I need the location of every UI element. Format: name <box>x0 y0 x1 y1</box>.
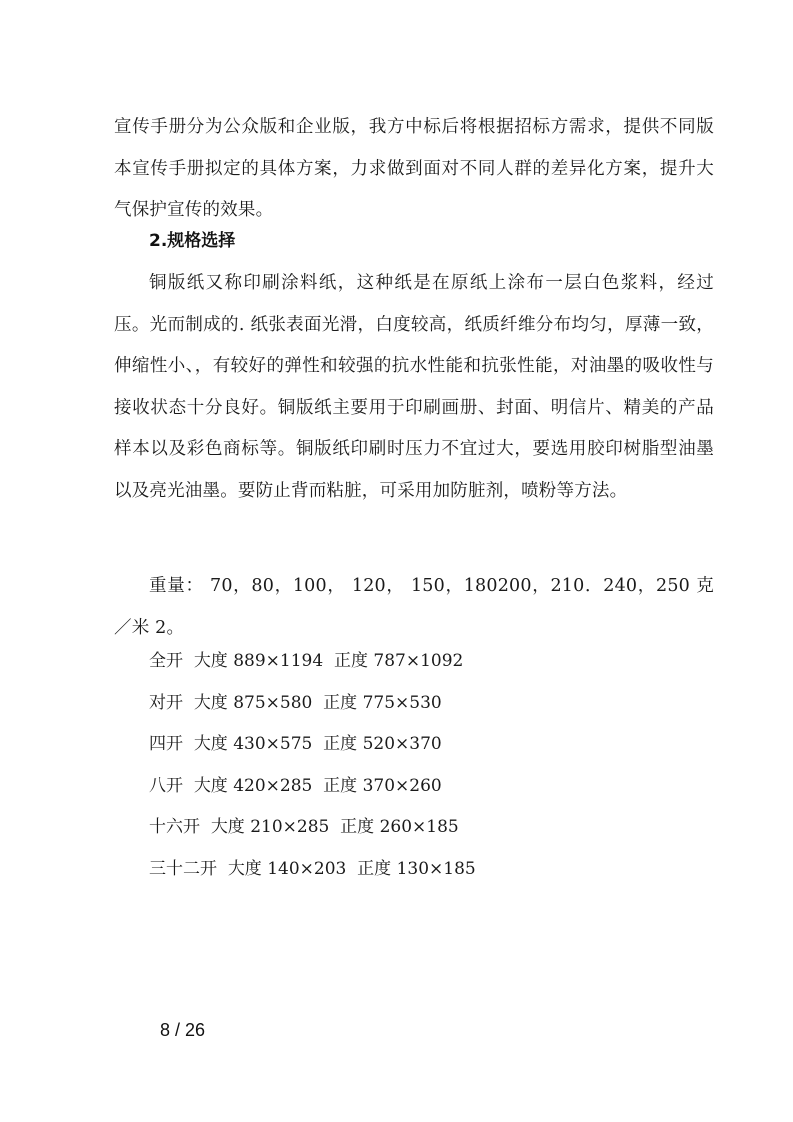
size-name: 八开 <box>149 776 183 796</box>
large-size: 210×285 <box>250 817 329 837</box>
size-name: 十六开 <box>149 817 200 837</box>
weight-paragraph: 重量： 70，80，100， 120， 150，180200，210．240，2… <box>114 566 714 649</box>
large-size: 875×580 <box>233 693 312 713</box>
paper-size-list: 全开 大度 889×1194 正度 787×1092 对开 大度 875×580… <box>149 641 476 890</box>
section-heading: 2.规格选择 <box>149 226 235 256</box>
large-size: 420×285 <box>233 776 312 796</box>
standard-label: 正度 <box>323 776 357 796</box>
large-label: 大度 <box>194 693 228 713</box>
standard-label: 正度 <box>323 734 357 754</box>
size-name: 三十二开 <box>149 859 217 879</box>
standard-size: 370×260 <box>363 776 442 796</box>
large-label: 大度 <box>211 817 245 837</box>
size-row: 对开 大度 875×580 正度 775×530 <box>149 683 476 725</box>
large-label: 大度 <box>194 776 228 796</box>
document-page: 宣传手册分为公众版和企业版，我方中标后将根据招标方需求，提供不同版本宣传手册拟定… <box>0 0 793 1122</box>
large-label: 大度 <box>228 859 262 879</box>
page-number: 8 / 26 <box>160 1020 205 1041</box>
standard-size: 130×185 <box>397 859 476 879</box>
standard-label: 正度 <box>357 859 391 879</box>
large-size: 889×1194 <box>233 651 323 671</box>
standard-size: 787×1092 <box>373 651 463 671</box>
intro-paragraph: 宣传手册分为公众版和企业版，我方中标后将根据招标方需求，提供不同版本宣传手册拟定… <box>114 107 714 232</box>
large-size: 140×203 <box>267 859 346 879</box>
standard-size: 775×530 <box>363 693 442 713</box>
large-label: 大度 <box>194 651 228 671</box>
size-row: 全开 大度 889×1194 正度 787×1092 <box>149 641 476 683</box>
size-name: 对开 <box>149 693 183 713</box>
standard-label: 正度 <box>334 651 368 671</box>
standard-size: 520×370 <box>363 734 442 754</box>
standard-size: 260×185 <box>380 817 459 837</box>
size-row: 十六开 大度 210×285 正度 260×185 <box>149 807 476 849</box>
size-row: 三十二开 大度 140×203 正度 130×185 <box>149 849 476 891</box>
large-label: 大度 <box>194 734 228 754</box>
large-size: 430×575 <box>233 734 312 754</box>
size-row: 四开 大度 430×575 正度 520×370 <box>149 724 476 766</box>
size-name: 四开 <box>149 734 183 754</box>
standard-label: 正度 <box>340 817 374 837</box>
standard-label: 正度 <box>323 693 357 713</box>
coated-paper-paragraph: 铜版纸又称印刷涂料纸，这种纸是在原纸上涂布一层白色浆料，经过压。光而制成的. 纸… <box>114 263 714 512</box>
size-name: 全开 <box>149 651 183 671</box>
size-row: 八开 大度 420×285 正度 370×260 <box>149 766 476 808</box>
